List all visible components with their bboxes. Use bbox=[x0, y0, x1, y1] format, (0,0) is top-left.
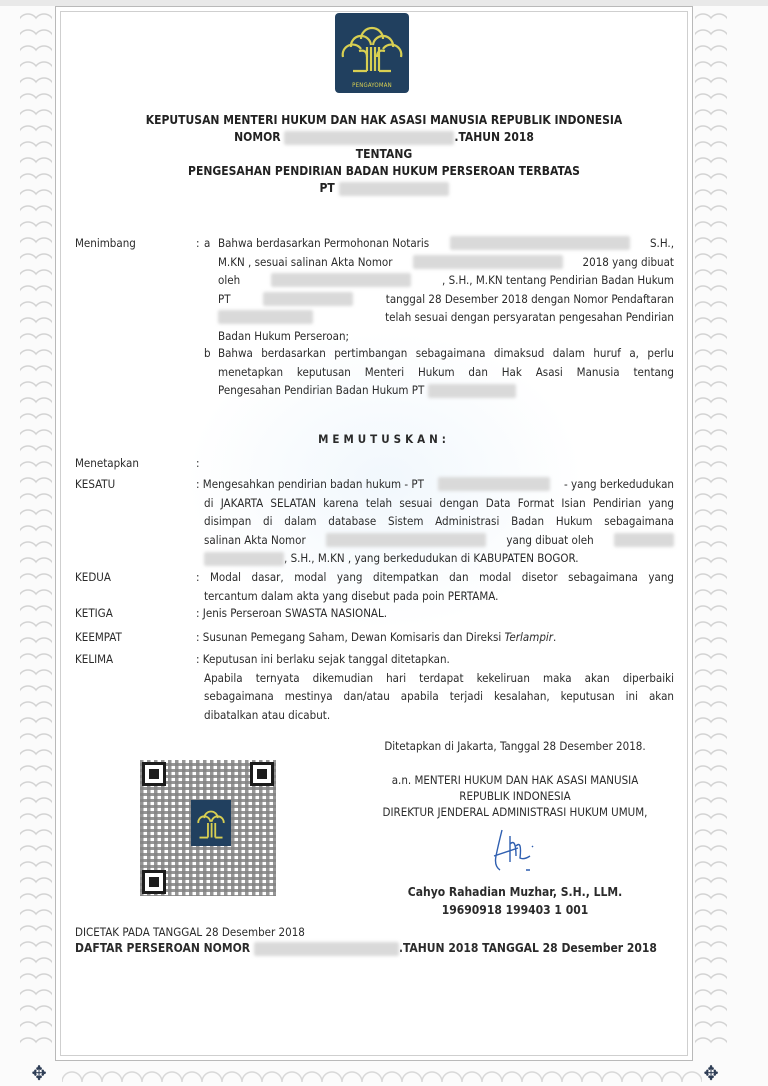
memutuskan-heading: MEMUTUSKAN: bbox=[0, 432, 768, 446]
redacted-deed-number bbox=[326, 533, 486, 547]
pt-label: PT bbox=[319, 181, 334, 195]
menimbang-label: Menimbang bbox=[75, 236, 136, 250]
menetapkan-colon: : bbox=[196, 456, 200, 470]
text: telah sesuai dengan persyaratan pengesah… bbox=[385, 308, 674, 327]
redacted-deed-number bbox=[413, 255, 563, 269]
signatory-nip: 19690918 199403 1 001 bbox=[360, 902, 670, 918]
redacted-company-name bbox=[263, 292, 353, 306]
signatory-title: a.n. MENTERI HUKUM DAN HAK ASASI MANUSIA… bbox=[360, 772, 670, 820]
nomor-year: .TAHUN 2018 bbox=[454, 130, 534, 144]
text: oleh bbox=[218, 271, 240, 290]
text-italic: Terlampir bbox=[505, 630, 554, 644]
kedua-text: : Modal dasar, modal yang ditempatkan da… bbox=[196, 568, 674, 605]
redacted-notary bbox=[204, 552, 284, 566]
text: menetapkan keputusan Menteri Hukum dan H… bbox=[218, 363, 674, 382]
text: dibatalkan atau dicabut. bbox=[196, 706, 674, 725]
ketiga-text: : Jenis Perseroan SWASTA NASIONAL. bbox=[196, 604, 387, 623]
keempat-text: : Susunan Pemegang Saham, Dewan Komisari… bbox=[196, 628, 556, 647]
pengayoman-emblem: PENGAYOMAN bbox=[335, 13, 409, 93]
text: M.KN , sesuai salinan Akta Nomor bbox=[218, 253, 393, 272]
redacted-notary bbox=[614, 533, 674, 547]
corner-ornament-icon: ✥ bbox=[28, 1062, 50, 1084]
text: , S.H., M.KN tentang Pendirian Badan Huk… bbox=[442, 271, 674, 290]
point-a-text: Bahwa berdasarkan Permohonan NotarisS.H.… bbox=[218, 234, 674, 345]
text: , S.H., M.KN , yang berkedudukan di KABU… bbox=[284, 551, 579, 565]
kelima-label: KELIMA bbox=[75, 652, 113, 666]
text: tercantum dalam akta yang disebut pada p… bbox=[196, 587, 674, 606]
kelima-text: : Keputusan ini berlaku sejak tanggal di… bbox=[196, 650, 674, 724]
qr-finder bbox=[250, 762, 274, 786]
text: yang dibuat oleh bbox=[506, 531, 593, 550]
kesatu-text: : Mengesahkan pendirian badan hukum - PT… bbox=[196, 475, 674, 568]
printed-date: DICETAK PADA TANGGAL 28 Desember 2018 bbox=[75, 925, 305, 939]
text: PT bbox=[218, 290, 231, 309]
text: .TAHUN 2018 TANGGAL 28 Desember 2018 bbox=[399, 941, 657, 955]
redacted-company-name bbox=[339, 182, 449, 196]
text: S.H., bbox=[650, 234, 674, 253]
kesatu-label: KESATU bbox=[75, 477, 115, 491]
text: . bbox=[553, 630, 556, 644]
point-a-letter: a bbox=[204, 236, 210, 250]
menetapkan-label: Menetapkan bbox=[75, 456, 139, 470]
redacted-company-name bbox=[438, 477, 550, 491]
qr-code bbox=[140, 760, 276, 896]
decorative-border-bottom bbox=[62, 1062, 702, 1086]
text: : Modal dasar, modal yang ditempatkan da… bbox=[196, 568, 674, 587]
text: di JAKARTA SELATAN karena telah sesuai d… bbox=[196, 494, 674, 513]
text: sebagaimana mestinya dan/atau apabila te… bbox=[196, 687, 674, 706]
decree-number: NOMOR .TAHUN 2018 bbox=[0, 130, 768, 145]
decree-title: KEPUTUSAN MENTERI HUKUM DAN HAK ASASI MA… bbox=[0, 113, 768, 127]
text: : Keputusan ini berlaku sejak tanggal di… bbox=[196, 650, 674, 669]
nomor-label: NOMOR bbox=[234, 130, 280, 144]
redacted-company-name bbox=[428, 384, 516, 398]
redacted-notary bbox=[450, 236, 630, 250]
text: Bahwa berdasarkan pertimbangan sebagaima… bbox=[218, 344, 674, 363]
keempat-label: KEEMPAT bbox=[75, 630, 122, 644]
tentang-heading: TENTANG bbox=[0, 147, 768, 161]
emblem-label: PENGAYOMAN bbox=[335, 82, 409, 89]
kedua-label: KEDUA bbox=[75, 570, 111, 584]
text: 2018 yang dibuat bbox=[583, 253, 674, 272]
qr-emblem-icon bbox=[191, 800, 231, 846]
text: disimpan di dalam database Sistem Admini… bbox=[196, 512, 674, 531]
point-b-letter: b bbox=[204, 346, 211, 360]
place-date: Ditetapkan di Jakarta, Tanggal 28 Desemb… bbox=[360, 738, 670, 754]
text: Apabila ternyata dikemudian hari terdapa… bbox=[196, 669, 674, 688]
text: REPUBLIK INDONESIA bbox=[360, 788, 670, 804]
text: DAFTAR PERSEROAN NOMOR bbox=[75, 941, 250, 955]
ketiga-label: KETIGA bbox=[75, 606, 113, 620]
signatory-name: Cahyo Rahadian Muzhar, S.H., LLM. bbox=[360, 884, 670, 900]
text: : Mengesahkan pendirian badan hukum - PT bbox=[196, 475, 424, 494]
text: a.n. MENTERI HUKUM DAN HAK ASASI MANUSIA bbox=[360, 772, 670, 788]
decree-subject: PENGESAHAN PENDIRIAN BADAN HUKUM PERSERO… bbox=[0, 164, 768, 178]
qr-finder bbox=[142, 762, 166, 786]
corner-ornament-icon: ✥ bbox=[700, 1062, 722, 1084]
qr-finder bbox=[142, 870, 166, 894]
redacted-number bbox=[284, 131, 454, 145]
menimbang-colon: : bbox=[196, 236, 200, 250]
text: Badan Hukum Perseroan; bbox=[218, 327, 674, 346]
text: Pengesahan Pendirian Badan Hukum PT bbox=[218, 383, 424, 397]
text: : Susunan Pemegang Saham, Dewan Komisari… bbox=[196, 630, 505, 644]
text: DIREKTUR JENDERAL ADMINISTRASI HUKUM UMU… bbox=[360, 804, 670, 820]
signature-icon bbox=[488, 826, 538, 876]
text: tanggal 28 Desember 2018 dengan Nomor Pe… bbox=[386, 290, 674, 309]
company-name-line: PT bbox=[0, 181, 768, 196]
registry-number: DAFTAR PERSEROAN NOMOR .TAHUN 2018 TANGG… bbox=[75, 941, 657, 956]
redacted-registry-number bbox=[254, 942, 399, 956]
text: salinan Akta Nomor bbox=[204, 531, 306, 550]
redacted-notary bbox=[271, 273, 411, 287]
text: - yang berkedudukan bbox=[564, 475, 674, 494]
text: Bahwa berdasarkan Permohonan Notaris bbox=[218, 234, 429, 253]
redacted-registration-number bbox=[218, 310, 313, 324]
point-b-text: Bahwa berdasarkan pertimbangan sebagaima… bbox=[218, 344, 674, 400]
pengayoman-tree-icon bbox=[339, 17, 405, 77]
